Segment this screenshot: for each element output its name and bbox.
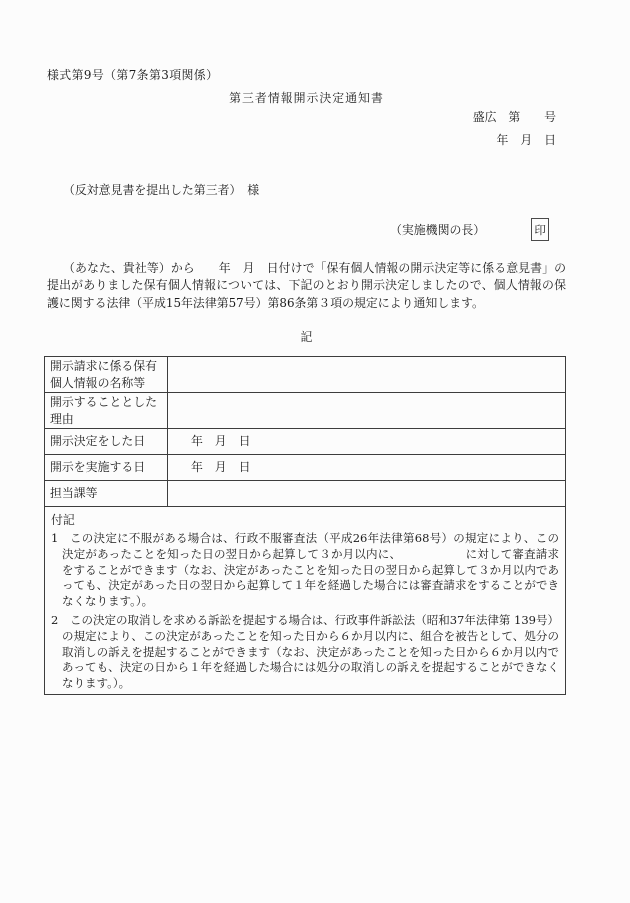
decision-table: 開示請求に係る保有個人情報の名称等 開示することとした理由 開示決定をした日 年… (44, 356, 566, 695)
note-text: この決定に不服がある場合は、行政不服審査法（平成26年法律第68号）の規定により… (62, 531, 559, 608)
row-label: 開示請求に係る保有個人情報の名称等 (45, 357, 168, 392)
document-page: 様式第9号（第7条第3項関係） 第三者情報開示決定通知書 盛広 第 号 年 月 … (0, 0, 630, 903)
issuer-row: （実施機関の長） 印 (390, 218, 549, 241)
note-number: 1 (51, 531, 58, 547)
seal-mark: 印 (534, 222, 546, 238)
row-value (168, 481, 565, 506)
document-number-line: 盛広 第 号 (473, 108, 556, 125)
document-date-line: 年 月 日 (497, 131, 556, 148)
notes-title: 付記 (51, 512, 559, 528)
note-item-1: 1 この決定に不服がある場合は、行政不服審査法（平成26年法律第68号）の規定に… (51, 531, 559, 610)
note-item-2: 2 この決定の取消しを求める訴訟を提起する場合は、行政事件訴訟法（昭和37年法律… (51, 613, 559, 692)
row-label: 開示することとした理由 (45, 393, 168, 428)
row-value (168, 393, 565, 428)
row-value (168, 357, 565, 392)
table-row: 開示請求に係る保有個人情報の名称等 (45, 357, 565, 393)
row-label: 開示決定をした日 (45, 429, 168, 454)
table-row: 開示決定をした日 年 月 日 (45, 429, 565, 455)
note-number: 2 (51, 613, 58, 629)
row-label: 開示を実施する日 (45, 455, 168, 480)
table-row: 開示を実施する日 年 月 日 (45, 455, 565, 481)
form-number: 様式第9号（第7条第3項関係） (47, 66, 218, 83)
table-row: 開示することとした理由 (45, 393, 565, 429)
body-paragraph: （あなた、貴社等）から 年 月 日付けで「保有個人情報の開示決定等に係る意見書」… (47, 260, 566, 312)
note-text: この決定の取消しを求める訴訟を提起する場合は、行政事件訴訟法（昭和37年法律第 … (62, 613, 559, 690)
row-label: 担当課等 (45, 481, 168, 506)
row-value: 年 月 日 (168, 429, 565, 454)
notes-section: 付記 1 この決定に不服がある場合は、行政不服審査法（平成26年法律第68号）の… (45, 507, 565, 694)
row-value: 年 月 日 (168, 455, 565, 480)
remark-marker: 記 (47, 328, 566, 345)
document-title: 第三者情報開示決定通知書 (47, 89, 566, 106)
addressee-line: （反対意見書を提出した第三者） 様 (63, 181, 259, 198)
issuer-label: （実施機関の長） (390, 221, 485, 238)
table-row: 担当課等 (45, 481, 565, 507)
seal-stamp-box: 印 (531, 218, 549, 241)
